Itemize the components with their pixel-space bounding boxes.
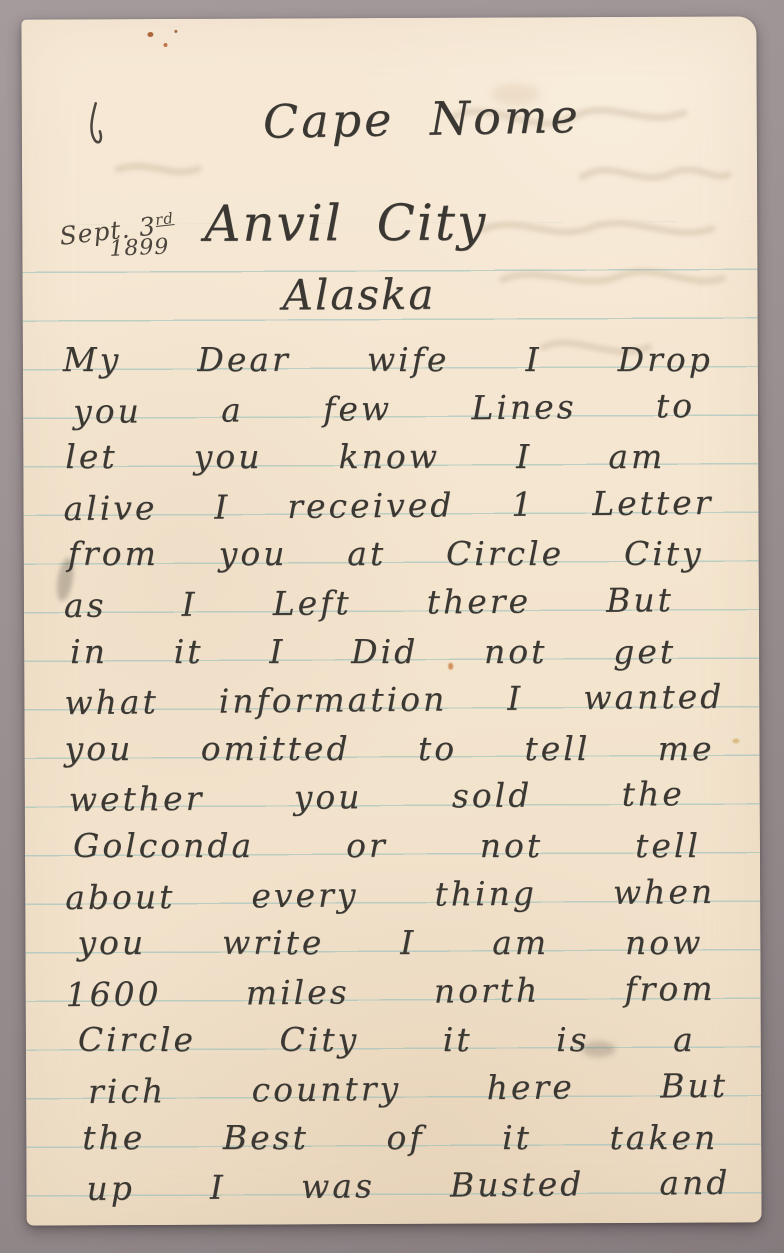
- handwritten-line: from you at Circle City: [68, 530, 704, 579]
- rust-speck: [163, 43, 167, 47]
- date-year: 1899: [109, 235, 177, 263]
- handwritten-line: what information I wanted: [64, 673, 724, 728]
- handwritten-line: rich country here But: [88, 1062, 728, 1117]
- handwritten-line: up I was Busted and: [86, 1159, 730, 1214]
- handwritten-line: in it I Did not get: [70, 628, 676, 677]
- letter-page: Cape Nome Sept. 3rd 1899 Anvil City Alas…: [21, 16, 761, 1225]
- rust-speck: [174, 30, 177, 33]
- handwritten-line: the Best of it taken: [82, 1113, 718, 1162]
- letter-heading: Cape Nome: [201, 88, 642, 150]
- letter-body: My Dear wife I Drop you a few Lines to l…: [63, 335, 729, 1213]
- handwritten-line: you write I am now: [77, 919, 703, 968]
- address-line-1: Anvil City: [204, 194, 487, 253]
- handwritten-line: about every thing when: [65, 867, 715, 922]
- handwritten-line: 1600 miles north from: [65, 965, 715, 1020]
- handwritten-line: you a few Lines to: [73, 382, 695, 437]
- handwritten-line: let you know I am: [65, 433, 665, 482]
- handwritten-line: you omitted to tell me: [65, 725, 715, 774]
- handwritten-line: Circle City it is a: [78, 1016, 696, 1065]
- handwritten-line: Golconda or not tell: [73, 822, 701, 871]
- address-line-2: Alaska: [282, 270, 435, 320]
- handwritten-line: My Dear wife I Drop: [63, 336, 713, 385]
- date-ordinal: rd: [154, 209, 175, 229]
- handwritten-line: wether you sold the: [69, 770, 685, 825]
- handwritten-line: alive I received 1 Letter: [63, 479, 713, 534]
- rust-speck: [147, 32, 153, 37]
- handwritten-line: as I Left there But: [64, 576, 674, 630]
- paper-stain: [733, 738, 740, 743]
- photo-background: Cape Nome Sept. 3rd 1899 Anvil City Alas…: [0, 0, 784, 1253]
